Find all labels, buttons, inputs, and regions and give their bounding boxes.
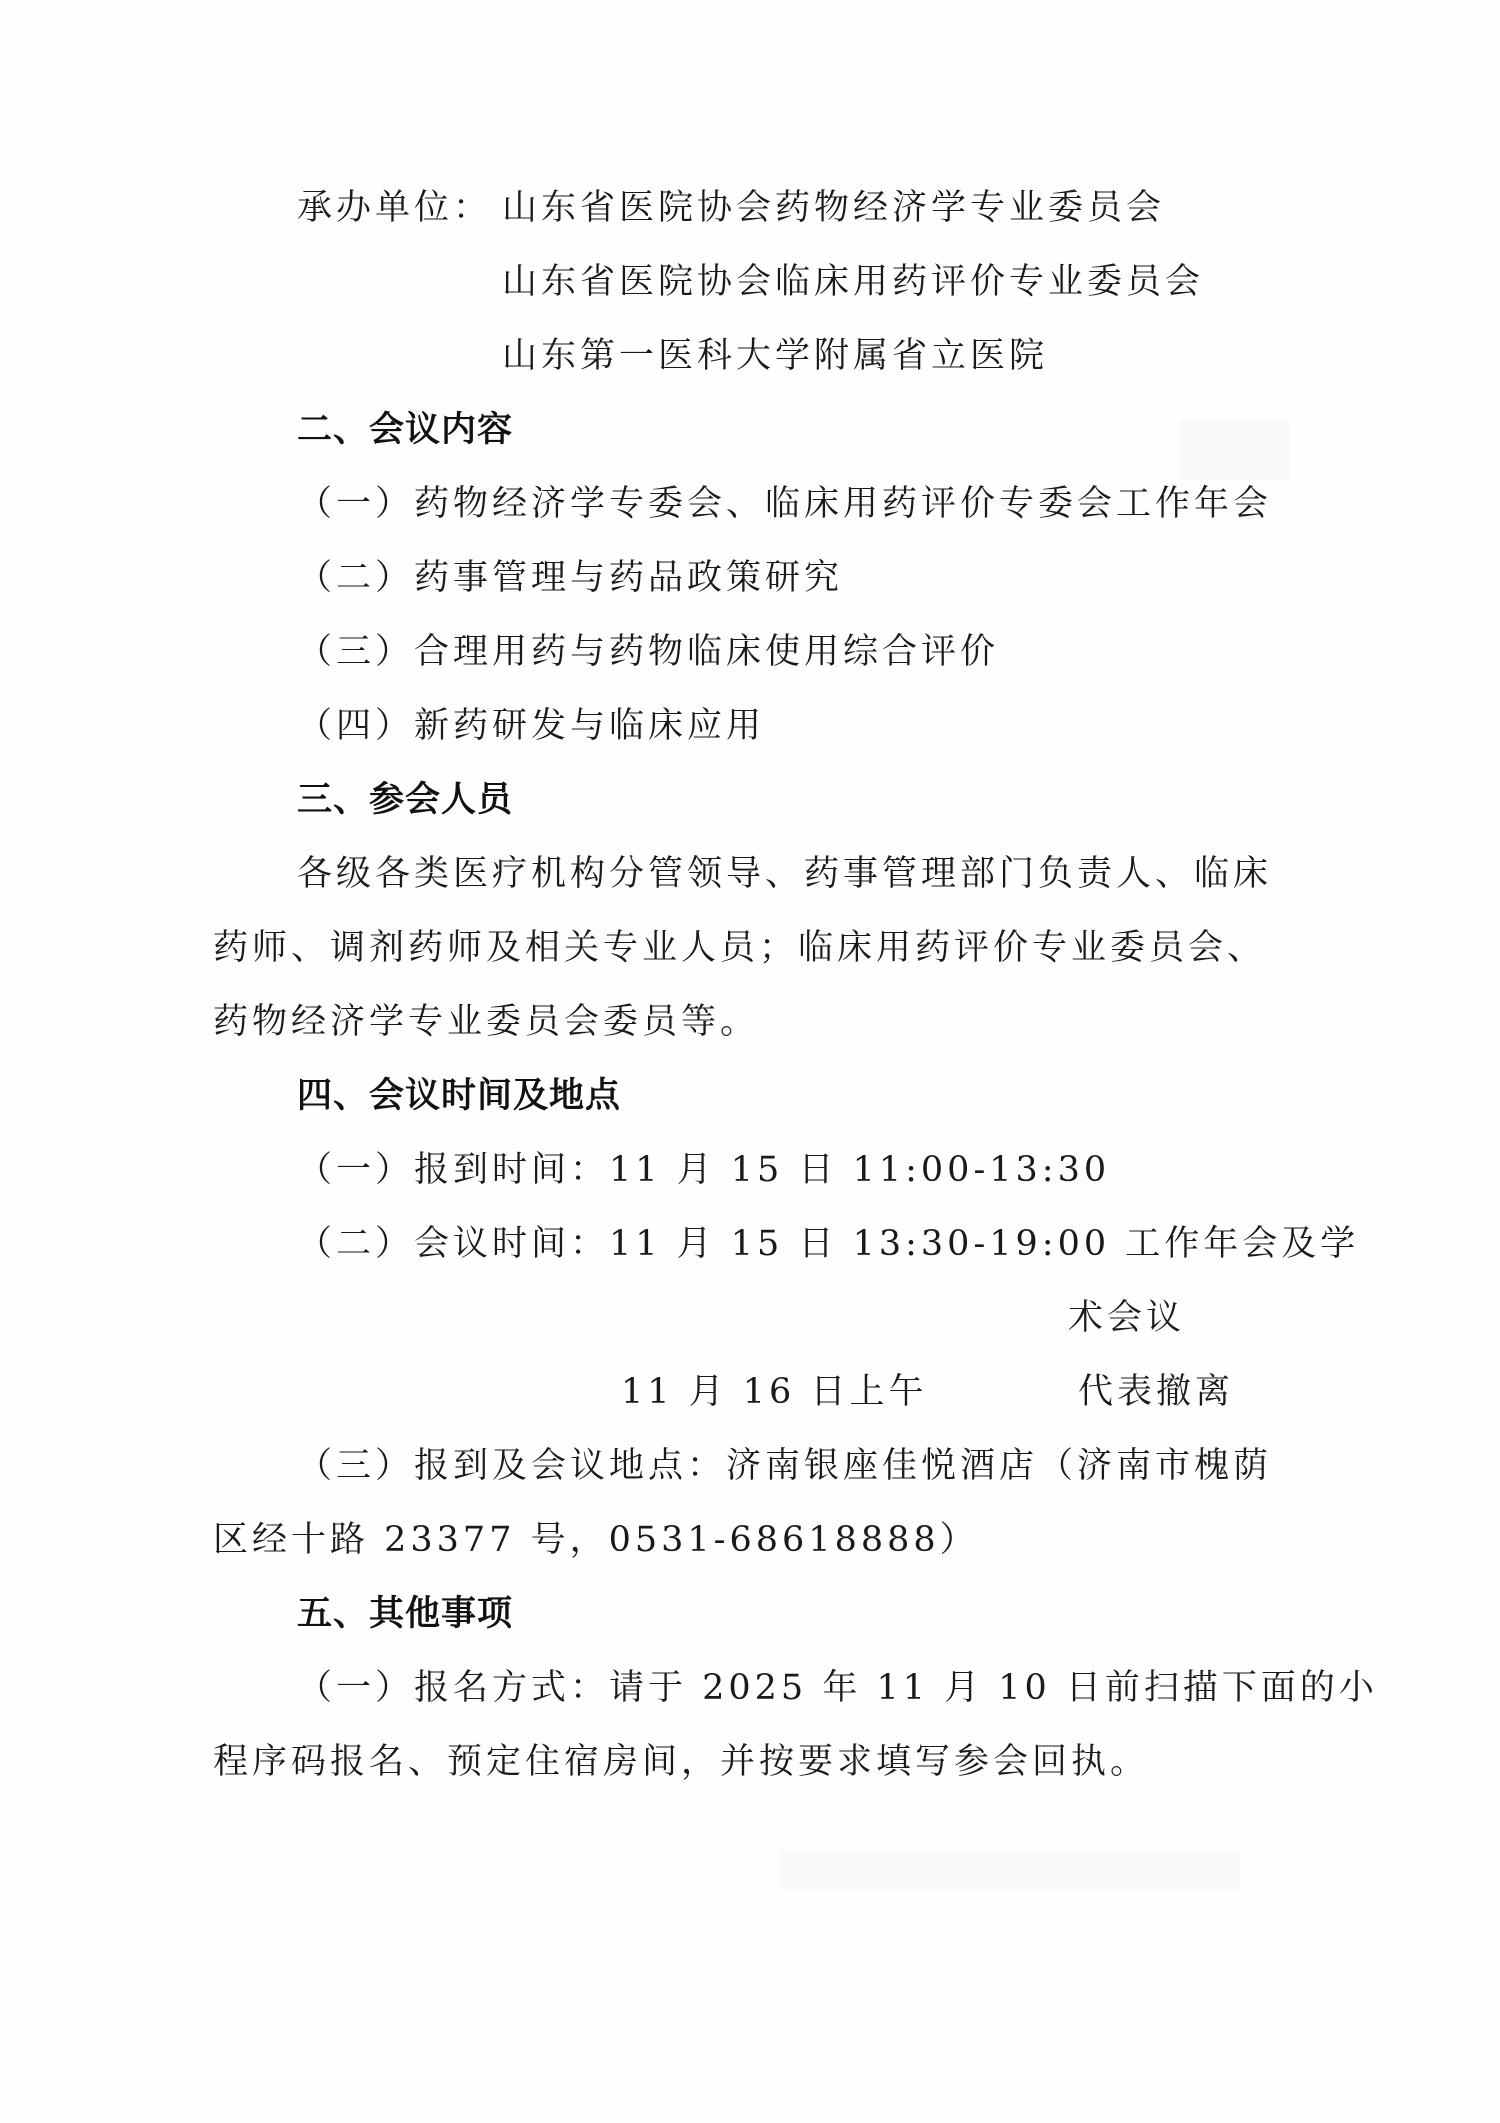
content-item: （四）新药研发与临床应用 [297, 704, 765, 748]
organizer-item: 山东省医院协会药物经济学专业委员会 [502, 186, 1165, 230]
document-page: 承办单位： 山东省医院协会药物经济学专业委员会 山东省医院协会临床用药评价专业委… [0, 0, 1500, 2123]
registration-method-line: 程序码报名、预定住宿房间，并按要求填写参会回执。 [213, 1740, 1149, 1784]
departure-date: 11 月 16 日上午 [621, 1370, 927, 1414]
content-item: （一）药物经济学专委会、临床用药评价专委会工作年会 [297, 482, 1272, 526]
attendees-paragraph-line: 药物经济学专业委员会委员等。 [213, 1000, 759, 1044]
meeting-time-continuation: 术会议 [1068, 1296, 1185, 1340]
organizer-item: 山东第一医科大学附属省立医院 [502, 334, 1048, 378]
venue-line: 区经十路 23377 号，0531-68618888） [213, 1518, 979, 1562]
section-heading-content: 二、会议内容 [297, 408, 513, 452]
content-item: （三）合理用药与药物临床使用综合评价 [297, 630, 999, 674]
organizers-label: 承办单位： [297, 186, 492, 230]
section-heading-time-venue: 四、会议时间及地点 [297, 1074, 621, 1118]
attendees-paragraph-line: 药师、调剂药师及相关专业人员；临床用药评价专业委员会、 [213, 926, 1266, 970]
scan-bleed-mark [1180, 420, 1290, 480]
scan-bleed-mark [780, 1850, 1240, 1890]
meeting-time: （二）会议时间：11 月 15 日 13:30-19:00 工作年会及学 [297, 1222, 1359, 1266]
organizer-item: 山东省医院协会临床用药评价专业委员会 [502, 260, 1204, 304]
section-heading-attendees: 三、参会人员 [297, 778, 513, 822]
content-item: （二）药事管理与药品政策研究 [297, 556, 843, 600]
venue-line: （三）报到及会议地点：济南银座佳悦酒店（济南市槐荫 [297, 1444, 1272, 1488]
section-heading-other: 五、其他事项 [297, 1592, 513, 1636]
registration-time: （一）报到时间：11 月 15 日 11:00-13:30 [297, 1148, 1110, 1192]
registration-method-line: （一）报名方式：请于 2025 年 11 月 10 日前扫描下面的小 [297, 1666, 1378, 1710]
attendees-paragraph-line: 各级各类医疗机构分管领导、药事管理部门负责人、临床 [297, 852, 1272, 896]
departure-desc: 代表撤离 [1078, 1370, 1234, 1414]
